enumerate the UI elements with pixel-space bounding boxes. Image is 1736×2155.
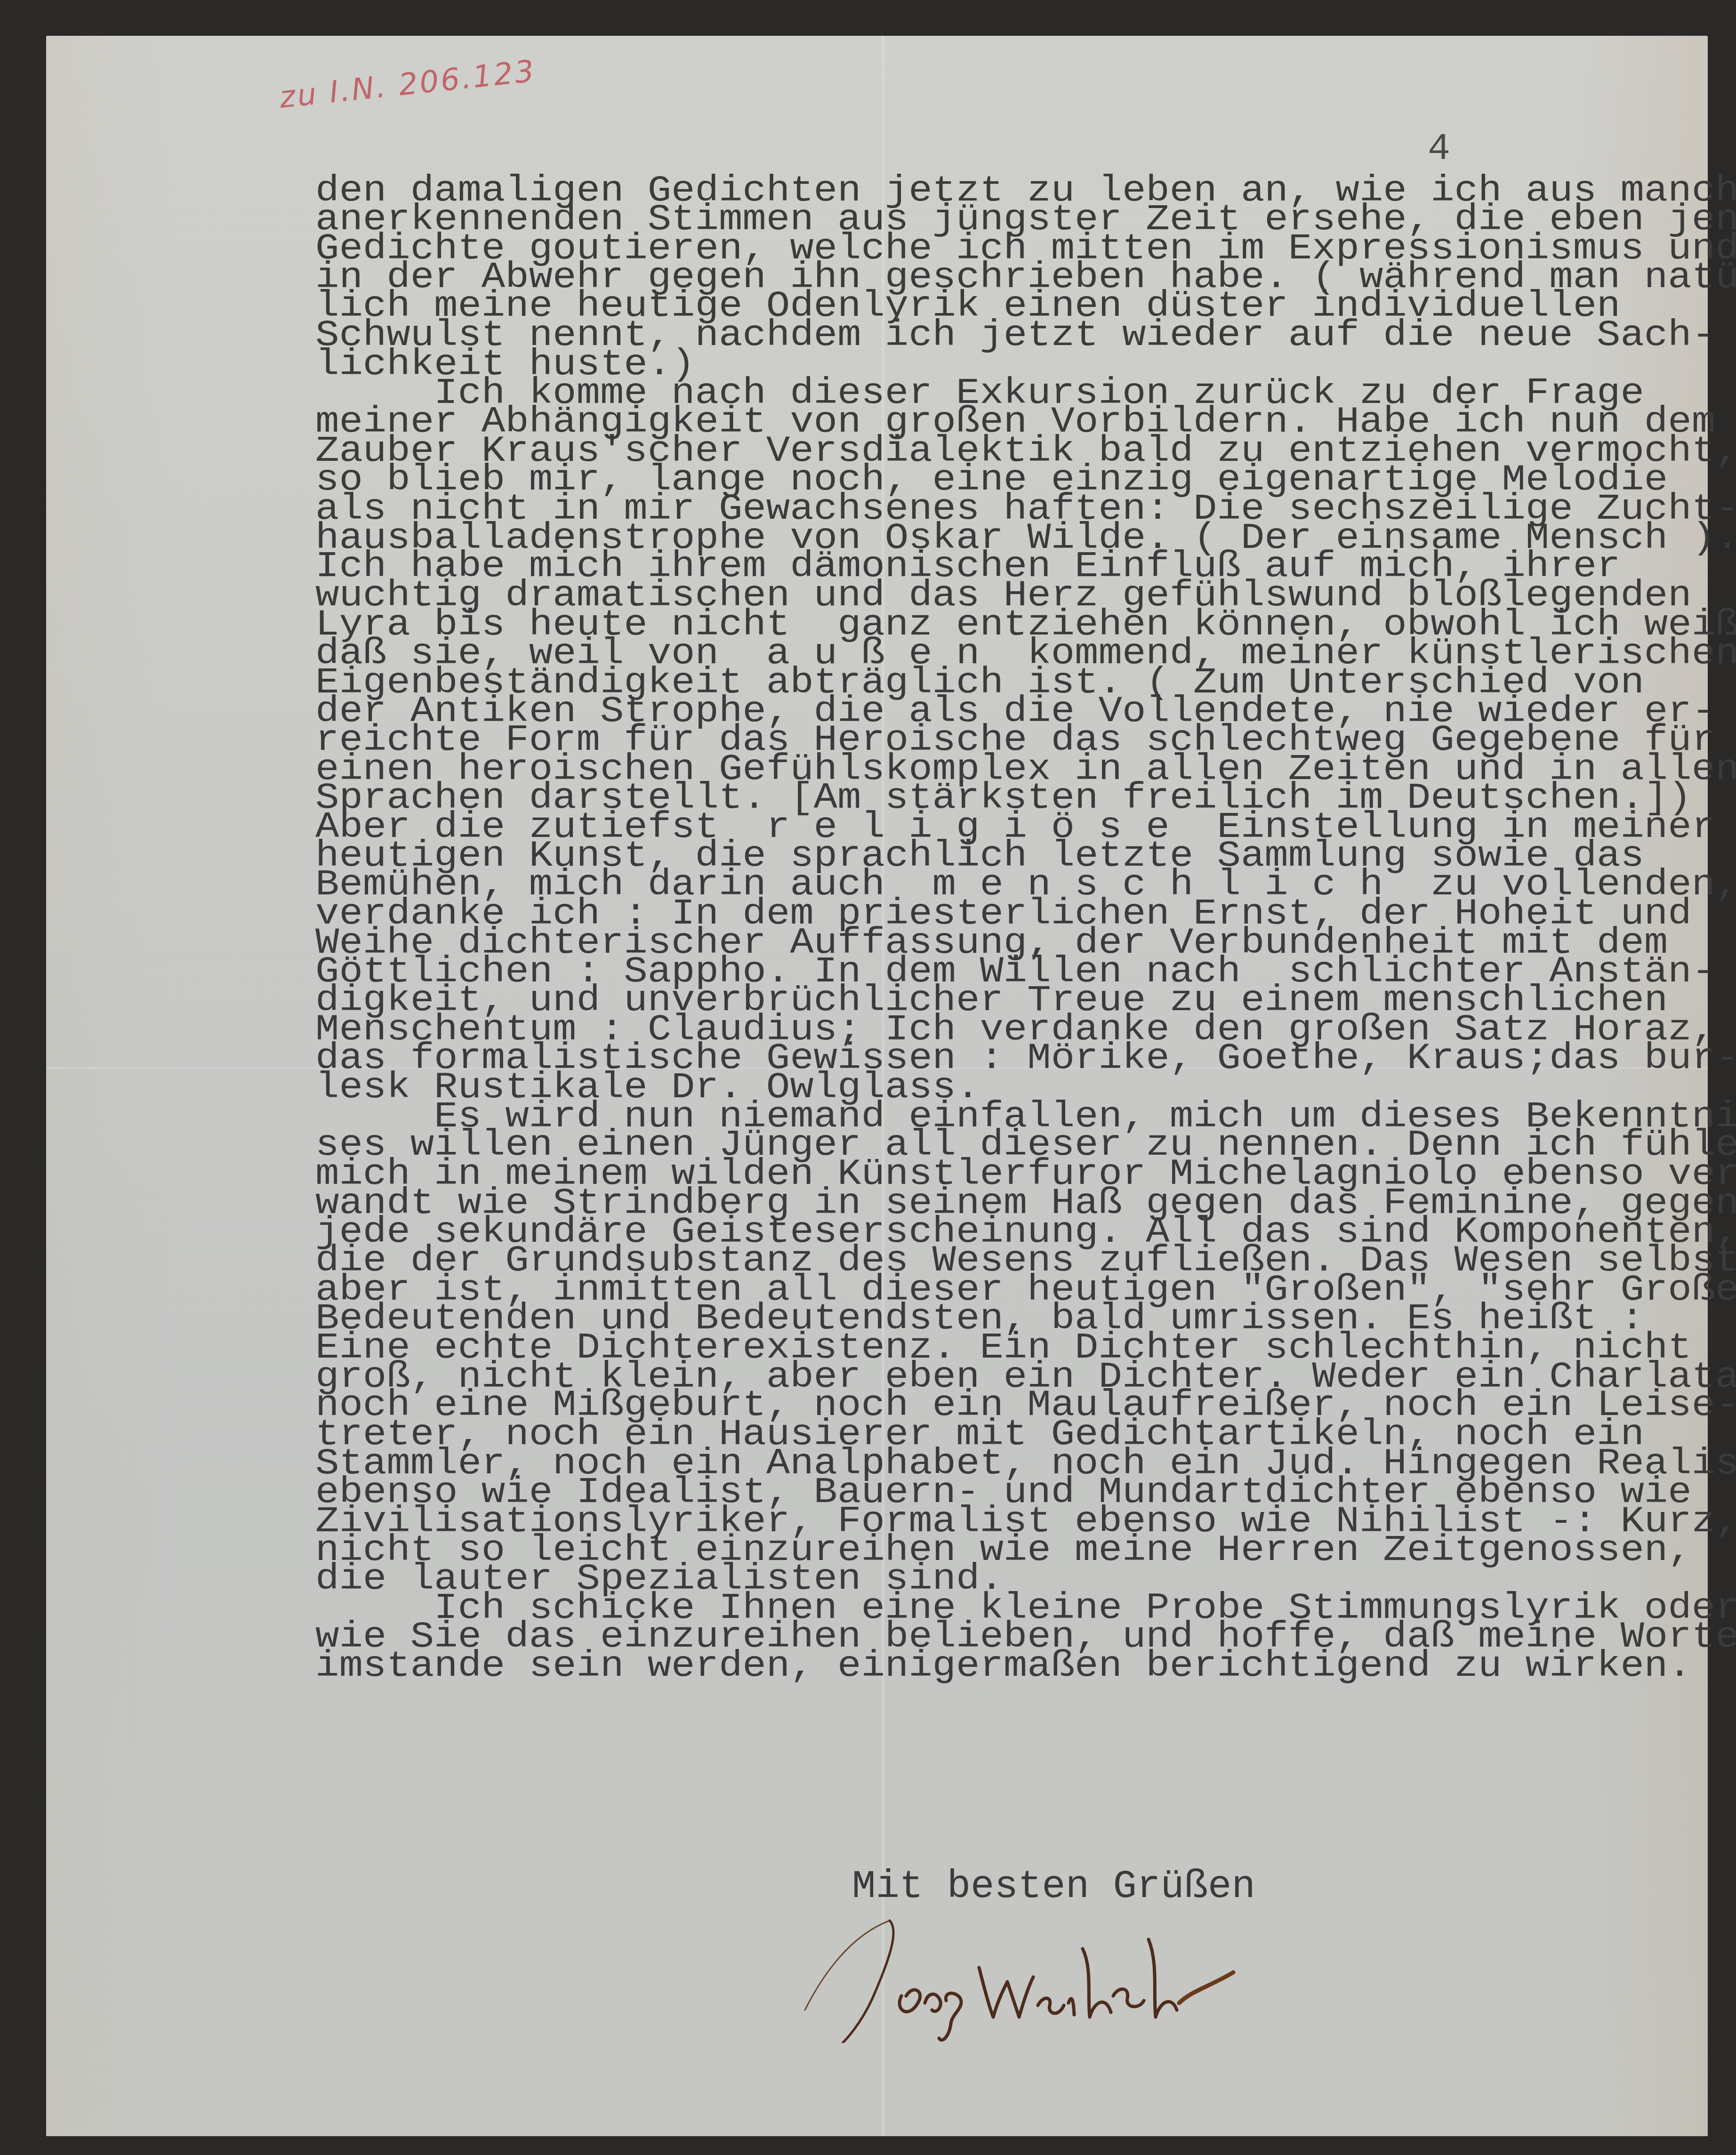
text-line: imstande sein werden, einigermaßen beric…	[315, 1652, 1736, 1681]
handwritten-signature: Josef Weinheber	[781, 1902, 1370, 2043]
page-number: 4	[1428, 128, 1450, 170]
archive-reference-annotation: zu I.N. 206.123	[278, 54, 538, 115]
letter-page: zu I.N. 206.123 4 den damaligen Gedichte…	[46, 36, 1708, 2136]
letter-body: den damaligen Gedichten jetzt zu leben a…	[315, 177, 1736, 1681]
